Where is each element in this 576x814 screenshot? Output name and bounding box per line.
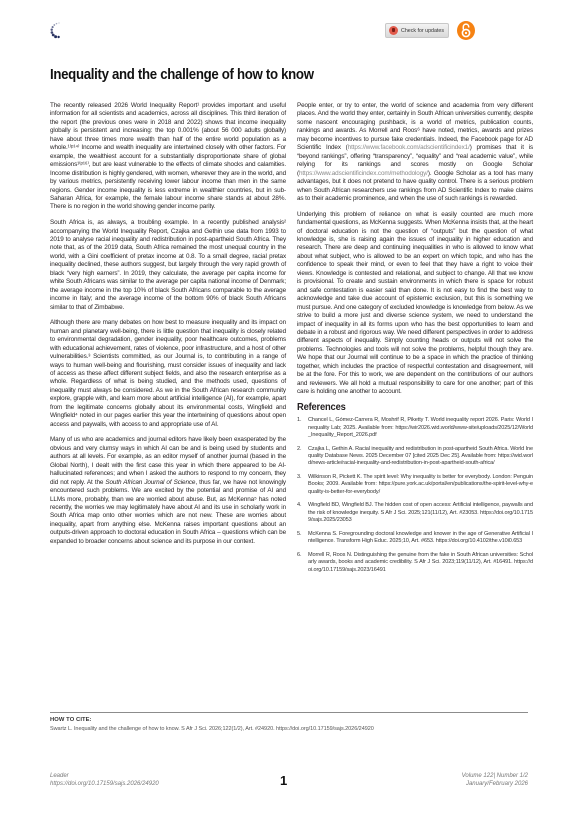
reference-text[interactable]: Morrell R, Roos N. Distinguishing the ge… [308,552,533,574]
crossmark-icon [389,26,398,35]
how-to-cite-text[interactable]: Swartz L. Inequality and the challenge o… [50,726,374,732]
page-number: 1 [280,773,287,788]
reference-item: 5. McKenna S. Foregrounding doctoral kno… [297,531,533,546]
issue-date: January/February 2026 [462,780,528,788]
reference-text[interactable]: Chancel L, Gómez-Carrera R, Moshrif R, P… [308,417,533,439]
reference-number: 1. [297,417,308,439]
article-type: Leader [50,772,159,780]
reference-item: 4. Wingfield BD, Wingfield BJ. The hidde… [297,502,533,524]
check-for-updates-button[interactable]: Check for updates [385,23,449,38]
reference-item: 3. Wilkinson R, Pickett K. The spirit le… [297,474,533,496]
reference-number: 6. [297,552,308,574]
reference-item: 1. Chancel L, Gómez-Carrera R, Moshrif R… [297,417,533,439]
reference-text[interactable]: Czajka L, Gethin A. Racial inequality an… [308,446,533,468]
adscientificindex-methodology-link[interactable]: https://www.adscientificindex.com/method… [299,170,428,177]
reference-item: 2. Czajka L, Gethin A. Racial inequality… [297,446,533,468]
paragraph-ai-concerns: Many of us who are academics and journal… [50,436,286,546]
footer-right: Volume 122| Number 1/2 January/February … [462,772,528,788]
journal-logo-icon [48,20,70,42]
reference-text[interactable]: Wilkinson R, Pickett K. The spirit level… [308,474,533,496]
paragraph-knowledge: Underlying this problem of reliance on w… [297,211,533,397]
reference-number: 2. [297,446,308,468]
paragraph-measuring-inequality: Although there are many debates on how b… [50,319,286,429]
left-column: The recently released 2026 World Inequal… [50,102,286,553]
reference-text[interactable]: McKenna S. Foregrounding doctoral knowle… [308,531,533,546]
paragraph-south-africa: South Africa is, as always, a troubling … [50,219,286,312]
paragraph-ai-text-b: , thus far, we have not knowingly encoun… [50,479,286,545]
references-heading: References [297,404,509,412]
footer-left: Leader https://doi.org/10.17159/sajs.202… [50,772,159,788]
paragraph-wealth-inequality: The recently released 2026 World Inequal… [50,102,286,212]
reference-number: 4. [297,502,308,524]
footer-doi-link[interactable]: https://doi.org/10.17159/sajs.2026/24920 [50,780,159,788]
journal-name: South African Journal of Science [105,479,195,486]
open-access-lock-icon [457,21,475,40]
reference-number: 3. [297,474,308,496]
check-for-updates-label: Check for updates [401,28,444,34]
volume-issue: Volume 122| Number 1/2 [462,772,528,780]
article-title: Inequality and the challenge of how to k… [50,66,314,83]
right-column: People enter, or try to enter, the world… [297,102,533,580]
how-to-cite-heading: HOW TO CITE: [50,717,92,723]
reference-item: 6. Morrell R, Roos N. Distinguishing the… [297,552,533,574]
facebook-link[interactable]: https://www.facebook.com/adscientificind… [348,144,470,151]
citation-divider [50,712,528,713]
paragraph-metrics: People enter, or try to enter, the world… [297,102,533,203]
reference-number: 5. [297,531,308,546]
references-list: 1. Chancel L, Gómez-Carrera R, Moshrif R… [297,417,533,574]
reference-text[interactable]: Wingfield BD, Wingfield BJ. The hidden c… [308,502,533,524]
